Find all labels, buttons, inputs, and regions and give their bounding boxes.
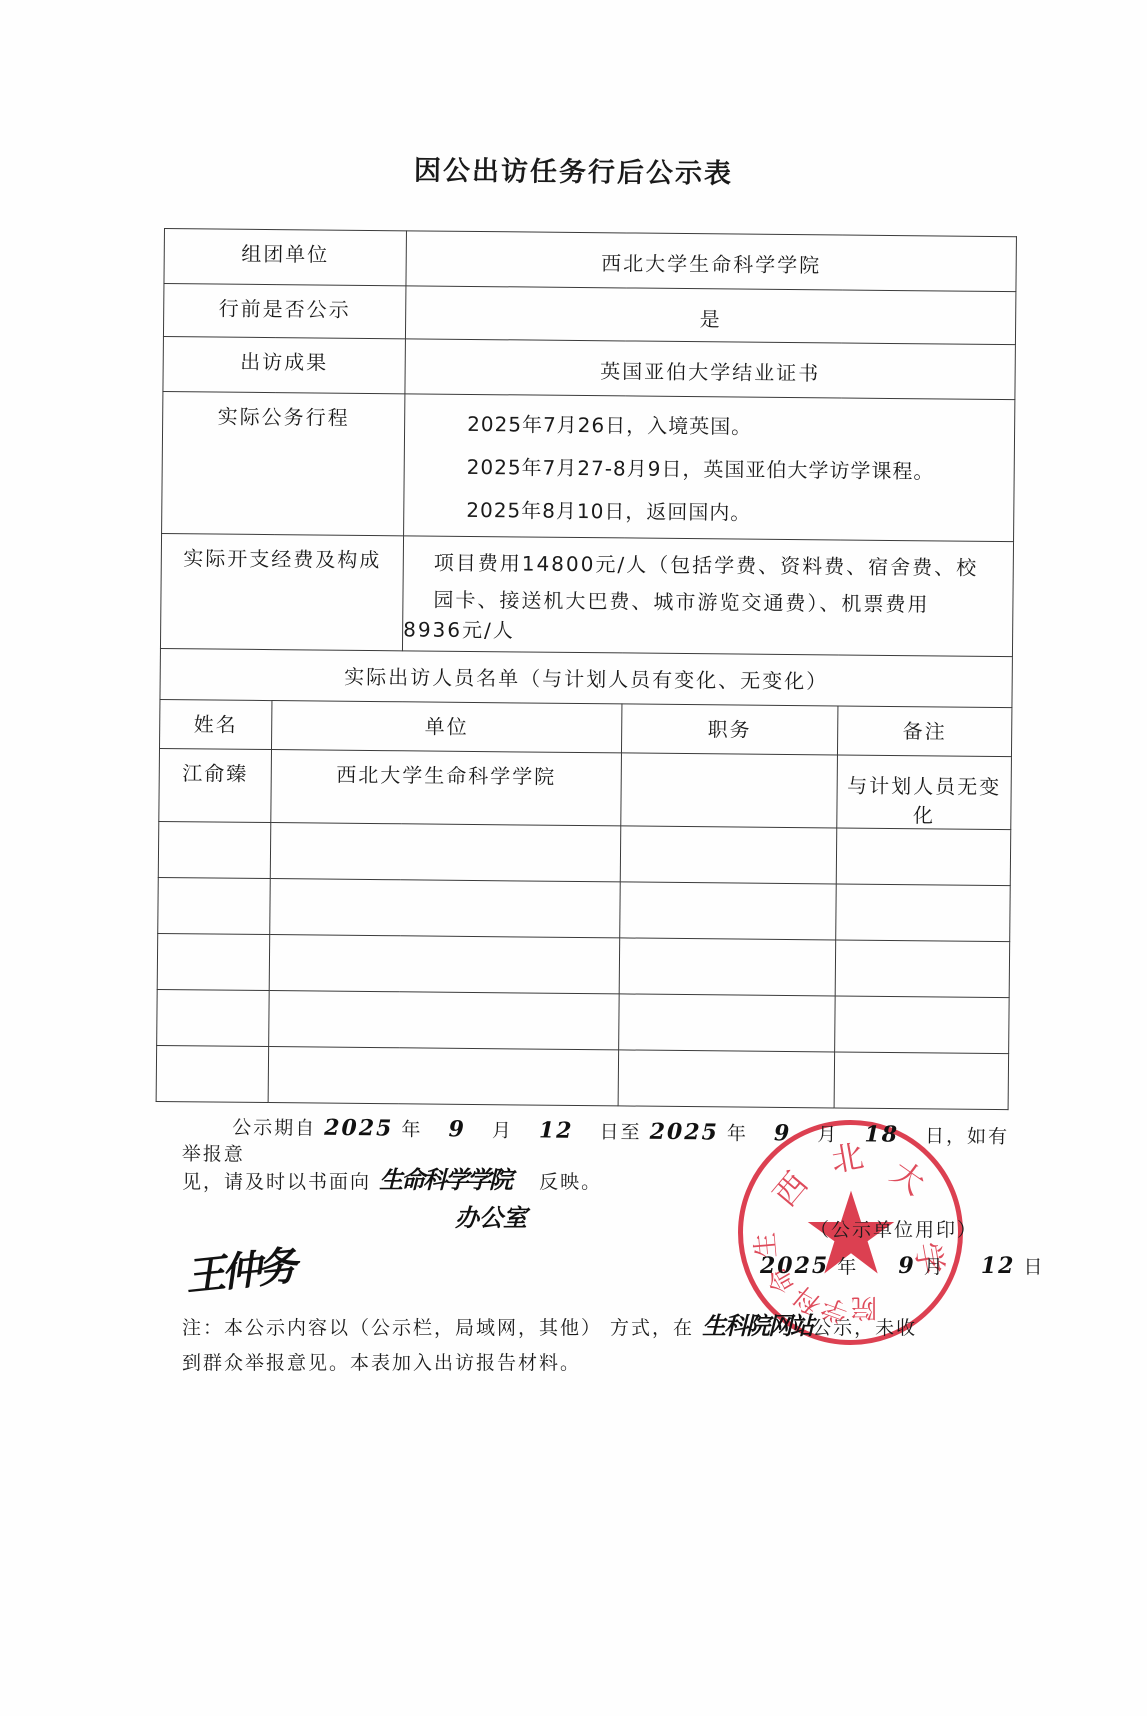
note-prefix: 注：本公示内容以（公示栏，局域网，其他） 方式，在 [182,1317,694,1339]
personnel-row [158,821,1011,885]
handwritten-office: 办公室 [455,1198,527,1233]
handwritten-start-month: 9 [448,1116,466,1142]
handwritten-end-month: 9 [774,1120,792,1146]
month-label: 月 [492,1120,513,1142]
form-row-pre-trip-disclosure: 行前是否公示 是 [163,284,1016,345]
personnel-position [619,994,836,1052]
to-label: 日至 [599,1121,641,1144]
personnel-unit [270,823,621,882]
label-expenses: 实际开支经费及构成 [160,533,403,650]
form-row-itinerary: 实际公务行程 2025年7月26日，入境英国。 2025年7月27-8月9日，英… [162,391,1015,541]
handwritten-report-target: 生命科学学院 [379,1160,511,1195]
personnel-row: 江俞臻 西北大学生命科学学院 与计划人员无变化 [159,748,1012,829]
expenses-line: 8936元/人 [403,614,1012,656]
year-label: 年 [401,1119,422,1141]
expenses-line: 项目费用14800元/人（包括学费、资料费、宿舍费、校 [404,540,1013,590]
seal-label: （公示单位用印） [810,1215,978,1242]
day-label: 日 [1024,1256,1045,1278]
personnel-row [157,933,1010,997]
column-header-unit: 单位 [271,701,621,753]
itinerary-line: 2025年7月27-8月9日，英国亚伯大学访学课程。 [405,445,1014,494]
handwritten-seal-month: 9 [898,1253,915,1279]
personnel-unit: 西北大学生命科学学院 [271,750,622,826]
personnel-position [620,826,837,884]
value-visit-outcome: 英国亚伯大学结业证书 [405,339,1016,400]
handwritten-seal-year: 2025 [760,1253,829,1279]
column-header-position: 职务 [621,704,837,755]
column-header-name: 姓名 [160,699,272,749]
personnel-unit [269,935,620,994]
column-header-remarks: 备注 [837,706,1011,757]
month-label: 月 [924,1256,945,1278]
disclosure-form-table: 组团单位 西北大学生命科学学院 行前是否公示 是 出访成果 英国亚伯大学结业证书… [156,228,1017,1110]
itinerary-line: 2025年7月26日，入境英国。 [405,402,1014,451]
itinerary-line: 2025年8月10日，返回国内。 [404,488,1013,537]
form-row-organizing-unit: 组团单位 西北大学生命科学学院 [164,229,1017,292]
label-itinerary: 实际公务行程 [162,391,405,535]
period-prefix: 公示期自 [182,1116,316,1140]
personnel-name [158,821,271,878]
personnel-row [156,1045,1009,1109]
seal-date: 2025 年 9 月 12 日 [760,1252,1045,1279]
handwritten-end-year: 2025 [650,1119,720,1146]
personnel-name [157,989,270,1046]
report-suffix: 反映。 [519,1171,602,1193]
personnel-name: 江俞臻 [159,748,272,822]
handwritten-end-day: 18 [864,1121,899,1147]
handwritten-seal-day: 12 [981,1253,1016,1279]
personnel-name [158,877,271,934]
personnel-name [157,933,270,990]
label-organizing-unit: 组团单位 [164,229,407,286]
personnel-position [620,882,837,940]
document-page: 因公出访任务行后公示表 组团单位 西北大学生命科学学院 行前是否公示 是 出访成… [0,0,1147,1716]
label-pre-trip-disclosure: 行前是否公示 [163,284,405,339]
handwritten-signature: 王仲务 [182,1235,295,1303]
personnel-position [619,938,836,996]
personnel-position [621,753,838,828]
personnel-column-headers: 姓名 单位 职务 备注 [160,699,1012,756]
value-pre-trip-disclosure: 是 [405,286,1016,345]
personnel-unit [269,991,620,1050]
personnel-row [158,877,1011,941]
form-row-visit-outcome: 出访成果 英国亚伯大学结业证书 [163,336,1016,399]
document-title: 因公出访任务行后公示表 [0,144,1147,195]
personnel-remarks [835,996,1010,1054]
note-line-1: 注：本公示内容以（公示栏，局域网，其他） 方式，在 生科院网站公示，未收 [182,1306,1012,1341]
note-line-2: 到群众举报意见。本表加入出访报告材料。 [182,1348,1012,1375]
form-row-expenses: 实际开支经费及构成 项目费用14800元/人（包括学费、资料费、宿舍费、校 园卡… [160,533,1013,656]
value-organizing-unit: 西北大学生命科学学院 [406,231,1017,292]
year-label: 年 [727,1123,748,1145]
personnel-remarks [835,940,1010,998]
report-instruction: 见，请及时以书面向 生命科学学院 反映。 [182,1160,1012,1195]
label-visit-outcome: 出访成果 [163,336,406,393]
form-sheet: 组团单位 西北大学生命科学学院 行前是否公示 是 出访成果 英国亚伯大学结业证书… [156,228,1016,1110]
personnel-remarks: 与计划人员无变化 [837,755,1012,830]
note-suffix: 公示，未收 [812,1317,917,1339]
personnel-position [618,1050,835,1108]
personnel-unit [268,1047,619,1106]
report-prefix: 见，请及时以书面向 [182,1171,371,1193]
personnel-name [156,1045,269,1102]
personnel-row [157,989,1010,1053]
personnel-unit [270,879,621,938]
personnel-section-header: 实际出访人员名单（与计划人员有变化、无变化） [160,648,1012,707]
personnel-remarks [836,884,1011,942]
handwritten-note-venue: 生科院网站 [702,1306,812,1341]
value-expenses: 项目费用14800元/人（包括学费、资料费、宿舍费、校 园卡、接送机大巴费、城市… [402,536,1013,657]
handwritten-start-day: 12 [539,1117,574,1143]
year-label: 年 [837,1256,858,1278]
personnel-section-title: 实际出访人员名单（与计划人员有变化、无变化） [160,648,1012,707]
personnel-remarks [834,1052,1009,1110]
value-itinerary: 2025年7月26日，入境英国。 2025年7月27-8月9日，英国亚伯大学访学… [404,394,1015,542]
month-label: 月 [817,1124,838,1146]
personnel-remarks [836,828,1011,886]
handwritten-start-year: 2025 [324,1115,394,1142]
